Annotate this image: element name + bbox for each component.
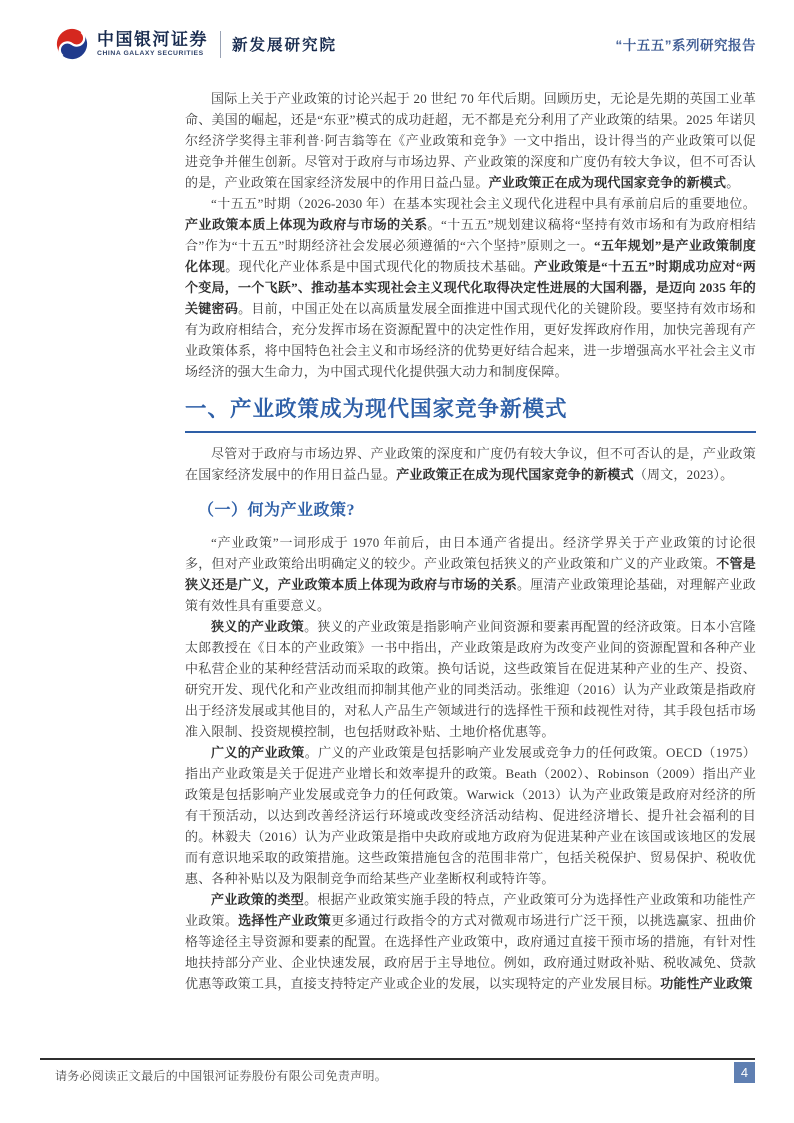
report-page: 中国银河证券 CHINA GALAXY SECURITIES 新发展研究院 “十… — [0, 0, 794, 1123]
report-body: 国际上关于产业政策的讨论兴起于 20 世纪 70 年代后期。回顾历史，无论是先期… — [185, 88, 756, 994]
section-1-heading: 一、产业政策成为现代国家竞争新模式 — [185, 394, 756, 424]
section-heading-rule — [185, 431, 756, 433]
subsection-1-1-heading: （一）何为产业政策? — [198, 499, 756, 523]
paragraph-narrow-industrial-policy: 狭义的产业政策。狭义的产业政策是指影响产业间资源和要素再配置的经济政策。日本小宫… — [185, 616, 756, 742]
intro-paragraph-1: 国际上关于产业政策的讨论兴起于 20 世纪 70 年代后期。回顾历史，无论是先期… — [185, 88, 756, 193]
brand-text: 中国银河证券 CHINA GALAXY SECURITIES — [97, 31, 208, 58]
paragraph-policy-types: 产业政策的类型。根据产业政策实施手段的特点，产业政策可分为选择性产业政策和功能性… — [185, 889, 756, 994]
intro-paragraph-2: “十五五”时期（2026-2030 年）在基本实现社会主义现代化进程中具有承前启… — [185, 193, 756, 382]
institute-name: 新发展研究院 — [232, 33, 337, 55]
brand-name-cn: 中国银河证券 — [97, 31, 208, 48]
header-divider — [220, 31, 221, 58]
page-header: 中国银河证券 CHINA GALAXY SECURITIES 新发展研究院 “十… — [55, 27, 756, 61]
section-1-paragraph: 尽管对于政府与市场边界、产业政策的深度和广度仍有较大争议，但不可否认的是，产业政… — [185, 443, 756, 485]
galaxy-logo-icon — [55, 27, 89, 61]
page-number-badge: 4 — [734, 1062, 755, 1083]
page-footer: 请务必阅读正文最后的中国银河证券股份有限公司免责声明。 4 — [40, 1058, 755, 1084]
disclaimer-text: 请务必阅读正文最后的中国银河证券股份有限公司免责声明。 — [55, 1067, 755, 1084]
brand-name-en: CHINA GALAXY SECURITIES — [97, 51, 208, 58]
report-series-title: “十五五”系列研究报告 — [616, 34, 757, 54]
paragraph-broad-industrial-policy: 广义的产业政策。广义的产业政策是包括影响产业发展或竞争力的任何政策。OECD（1… — [185, 742, 756, 889]
paragraph-what-is-industrial-policy: “产业政策”一词形成于 1970 年前后，由日本通产省提出。经济学界关于产业政策… — [185, 532, 756, 616]
